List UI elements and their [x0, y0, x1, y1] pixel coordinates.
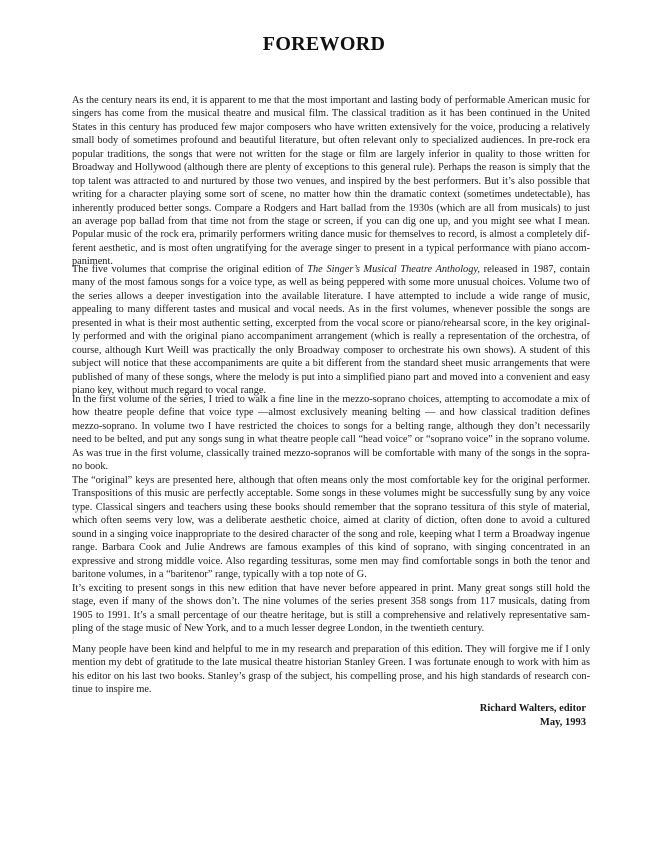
- text-line: many of the most famous songs for a voic…: [72, 276, 590, 289]
- text-line: mention my debt of gratitude to the late…: [72, 656, 590, 669]
- paragraph-4: The “original” keys are presented here, …: [72, 474, 590, 582]
- text-line: ferent aesthetic, and is most often ungr…: [72, 242, 590, 255]
- text-line: sound in a singing voice inappropriate t…: [72, 528, 590, 541]
- text-line: In the first volume of the series, I tri…: [72, 393, 590, 406]
- text-line: singers has come from the musical theatr…: [72, 107, 590, 120]
- text-line: expressive and strong middle voice. Also…: [72, 555, 590, 568]
- text-line: small body of sometimes profound and bea…: [72, 134, 590, 147]
- text-line: The “original” keys are presented here, …: [72, 474, 590, 487]
- text-line: appealing to many different tastes and m…: [72, 303, 590, 316]
- text-line: 1905 to 1991. It’s a small percentage of…: [72, 609, 590, 622]
- paragraph-1: As the century nears its end, it is appa…: [72, 94, 590, 269]
- text-line: his editor on his last two books. Stanle…: [72, 670, 590, 683]
- text-line: tinue to inspire me.: [72, 683, 590, 696]
- text-fragment: The five volumes that comprise the origi…: [72, 264, 307, 275]
- page-title: FOREWORD: [0, 33, 648, 56]
- signature-date: May, 1993: [480, 716, 586, 730]
- text-line: an average pop ballad from that time not…: [72, 215, 590, 228]
- signature-name: Richard Walters, editor: [480, 702, 586, 716]
- text-line: As the century nears its end, it is appa…: [72, 94, 590, 107]
- text-line: range. Barbara Cook and Julie Andrews ar…: [72, 541, 590, 554]
- text-line: type. Classical singers and teachers usi…: [72, 501, 590, 514]
- text-line: Broadway and Hollywood (although there a…: [72, 161, 590, 174]
- text-line: inherently produced better songs. Compar…: [72, 202, 590, 215]
- text-line: which often seems very low, was a delibe…: [72, 514, 590, 527]
- signature-block: Richard Walters, editor May, 1993: [480, 702, 586, 729]
- text-line: Many people have been kind and helpful t…: [72, 643, 590, 656]
- text-line: mezzo-soprano. In volume two I have rest…: [72, 420, 590, 433]
- text-line: It’s exciting to present songs in this n…: [72, 582, 590, 595]
- text-line: subject will notice that these accompani…: [72, 357, 590, 370]
- paragraph-3: In the first volume of the series, I tri…: [72, 393, 590, 474]
- paragraph-2: The five volumes that comprise the origi…: [72, 263, 590, 397]
- text-line: ly performed and with the original piano…: [72, 330, 590, 343]
- text-line: need to be belted, and put any songs sun…: [72, 433, 590, 446]
- text-line: the series allows a deeper investigation…: [72, 290, 590, 303]
- text-line: top talent was attracted to and nurtured…: [72, 175, 590, 188]
- text-line: how theatre people define that voice typ…: [72, 406, 590, 419]
- text-line: writing for a character playing some sor…: [72, 188, 590, 201]
- text-line: stage, even if many of the shows don’t. …: [72, 595, 590, 608]
- text-line: The five volumes that comprise the origi…: [72, 263, 590, 276]
- text-line: States in this century has produced few …: [72, 121, 590, 134]
- text-line: course, although Kurt Weill was practica…: [72, 344, 590, 357]
- text-line: As was true in the first volume, classic…: [72, 447, 590, 460]
- text-line: pling of the stage music of New York, an…: [72, 622, 590, 635]
- text-line: presented in what is their most authenti…: [72, 317, 590, 330]
- anthology-title: The Singer’s Musical Theatre Anthology,: [307, 264, 480, 275]
- text-fragment: released in 1987, contain: [480, 264, 590, 275]
- text-line: baritone volumes, in a “baritenor” range…: [72, 568, 590, 581]
- text-line: popular traditions, the songs that were …: [72, 148, 590, 161]
- paragraph-5: It’s exciting to present songs in this n…: [72, 582, 590, 636]
- text-line: no book.: [72, 460, 590, 473]
- text-line: Popular music of the rock era, primarily…: [72, 228, 590, 241]
- text-line: published of many of these songs, where …: [72, 371, 590, 384]
- text-line: Transpositions of this music are perfect…: [72, 487, 590, 500]
- paragraph-6: Many people have been kind and helpful t…: [72, 643, 590, 697]
